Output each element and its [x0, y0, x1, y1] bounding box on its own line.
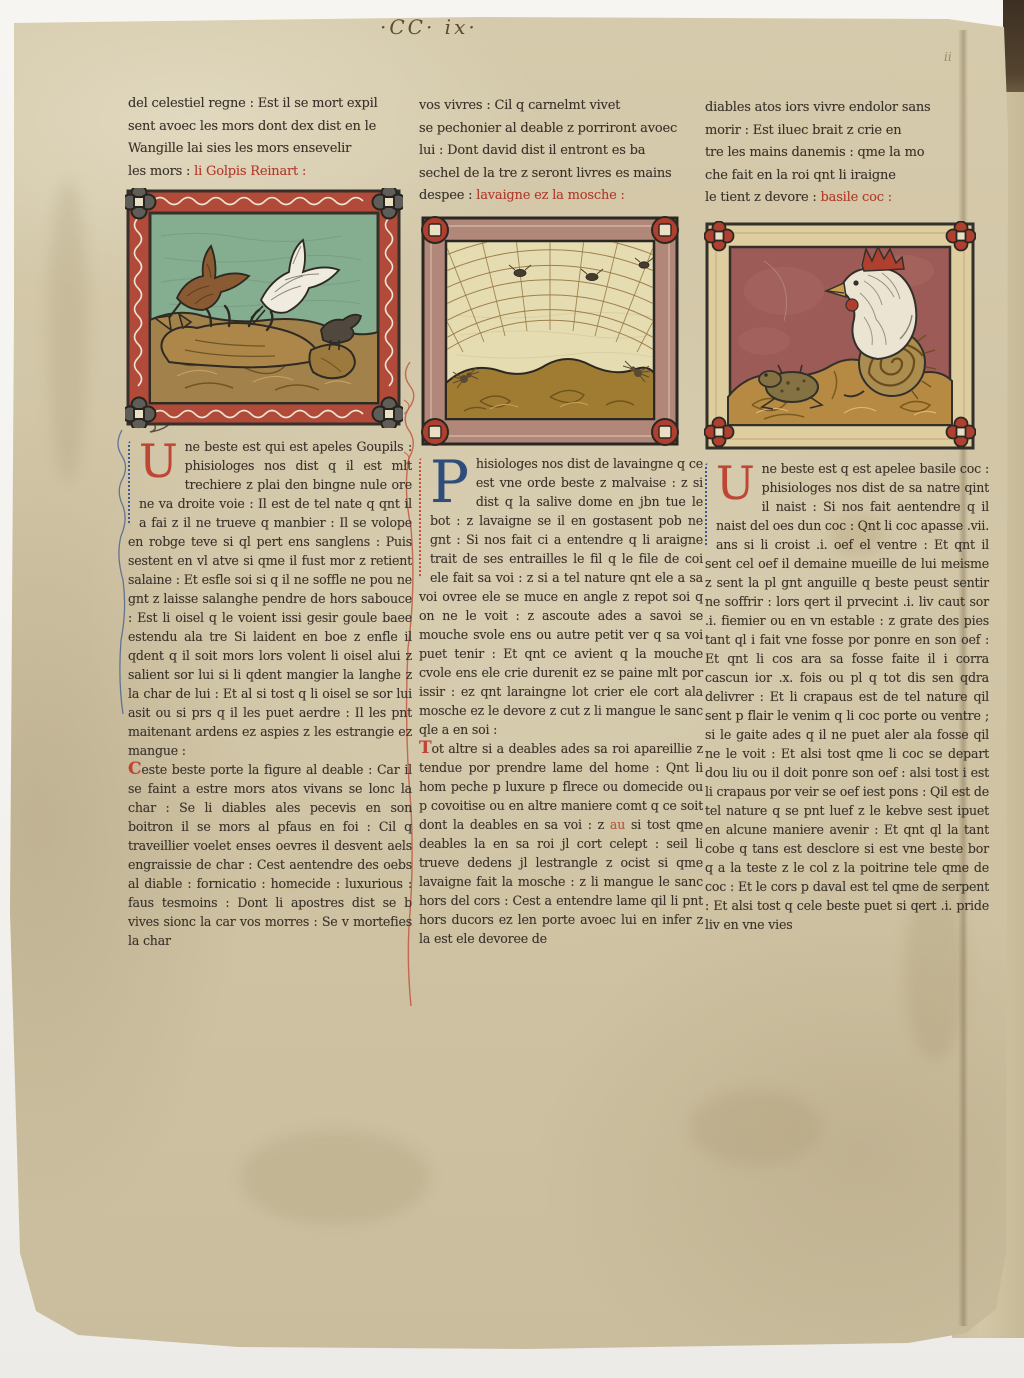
header-line: del celestiel regne : Est il se mort exp… — [128, 93, 412, 116]
miniature-basilisk-cock — [704, 221, 976, 451]
book-fore-edge — [1003, 0, 1024, 92]
body-paragraph: Une beste est q est apelee basile coc : … — [705, 459, 989, 934]
body-paragraph: Une beste est qui est apeles Goupils : p… — [128, 437, 412, 760]
rubricated-word: au — [610, 817, 625, 832]
body-paragraph: Tot altre si a deables ades sa roi apare… — [419, 739, 703, 948]
body-paragraph: Phisiologes nos dist de lavaingne q ce e… — [419, 454, 703, 739]
paragraph-text: si tost qme deables la en sa roi jl cort… — [419, 817, 703, 946]
blue-filigree — [128, 441, 135, 525]
header-line: les mors : li Golpis Reinart : — [128, 161, 412, 184]
illuminated-initial-P: P — [430, 454, 476, 507]
red-initial-C: C — [128, 759, 141, 779]
miniature-fox-and-birds — [125, 188, 403, 428]
header-text: le tient z devore : — [705, 190, 817, 205]
header-line: se pechonier al deable z porriront avoec — [419, 118, 703, 141]
paragraph-text: este beste porte la figure al deable : C… — [128, 762, 412, 948]
blue-filigree — [705, 463, 712, 547]
body-paragraph: Ceste beste porte la figure al deable : … — [128, 760, 412, 950]
header-line: Wangille lai sies les mors ensevelir — [128, 138, 412, 161]
rubric-basile-coc: basile coc : — [821, 190, 892, 205]
paragraph-text: ne beste est q est apelee basile coc : p… — [705, 461, 989, 932]
header-line: diables atos iors vivre endolor sans — [705, 97, 989, 120]
eye — [853, 280, 858, 285]
red-initial-T: T — [419, 738, 431, 758]
header-text: les mors : — [128, 164, 190, 179]
header-line: sechel de la tre z seront livres es main… — [419, 163, 703, 186]
margin-mark: ii — [944, 50, 952, 64]
folio-number: ·CC· ix· — [380, 15, 478, 39]
header-line: vos vivres : Cil q carnelmt vivet — [419, 95, 703, 118]
rubric-goupil: li Golpis Reinart : — [194, 164, 306, 179]
illuminated-initial-U: U — [716, 459, 762, 504]
text-column-basilecoc: diables atos iors vivre endolor sans mor… — [705, 97, 989, 934]
header-line: che fait en la roi qnt li iraigne — [705, 165, 989, 188]
header-line: despee : lavaigne ez la mosche : — [419, 185, 703, 208]
header-line: morir : Est iluec brait z crie en — [705, 120, 989, 143]
text-column-araigne: vos vivres : Cil q carnelmt vivet se pec… — [419, 95, 703, 948]
header-line: tre les mains danemis : qme la mo — [705, 142, 989, 165]
header-text: despee : — [419, 188, 472, 203]
illuminated-initial-U: U — [139, 437, 185, 482]
rubric-araigne: lavaigne ez la mosche : — [476, 188, 624, 203]
red-filigree — [419, 458, 426, 578]
miniature-spider-web — [420, 215, 680, 447]
header-line: lui : Dont david dist il entront es ba — [419, 140, 703, 163]
wattle — [846, 299, 858, 311]
header-line: sent avoec les mors dont dex dist en le — [128, 116, 412, 139]
text-column-goupil: del celestiel regne : Est il se mort exp… — [128, 93, 412, 950]
header-line: le tient z devore : basile coc : — [705, 187, 989, 210]
